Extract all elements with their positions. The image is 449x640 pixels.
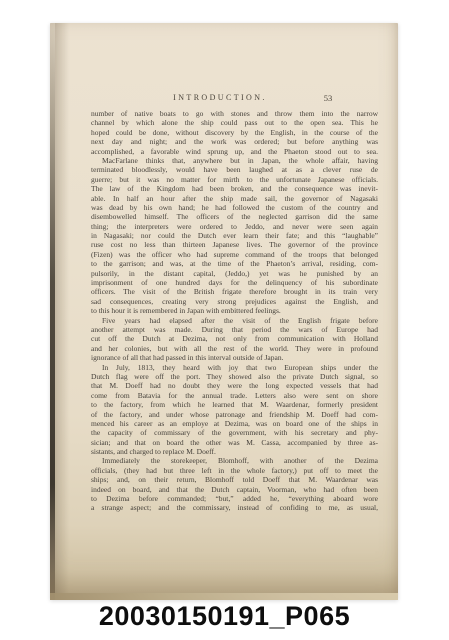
artifact-id-label: 20030150191_P065 — [0, 601, 449, 632]
text-line: to Dezima before commanded; “but,” added… — [91, 494, 378, 503]
text-line: a strange aspect; and the commissary, in… — [91, 503, 378, 512]
text-line: (Fizen) was the officer who had supreme … — [91, 250, 378, 259]
text-line: the capacity of commissary of the govern… — [91, 428, 378, 437]
text-line: In July, 1813, they heard with joy that … — [91, 363, 378, 372]
text-line: of the factory, and under whose patronag… — [91, 410, 378, 419]
text-line: Immediately the storekeeper, Blomhoff, w… — [91, 456, 378, 465]
book-gutter-fade — [55, 23, 69, 600]
text-line: to this hour it is remembered in Japan w… — [91, 306, 378, 315]
text-line: able. In half an hour after the ship mad… — [91, 194, 378, 203]
text-line: and her colonies, but with all the rest … — [91, 344, 378, 353]
text-line: in Nagasaki; nor could the Dutch ever le… — [91, 231, 378, 240]
page-number: 53 — [318, 93, 338, 103]
book-bottom-edge — [50, 593, 398, 600]
text-line: ships; and, on their return, Blomhoff to… — [91, 475, 378, 484]
text-line: thing; the interpreters were ordered to … — [91, 222, 378, 231]
text-line: ignorance of all that had passed in this… — [91, 353, 378, 362]
text-line: to the garrison; and was, at the time of… — [91, 259, 378, 268]
text-line: Dutch flag were off the port. They showe… — [91, 372, 378, 381]
text-line: next day and night; and the work was ord… — [91, 137, 378, 146]
text-line: cut off the Dutch at Dezima, not only fr… — [91, 334, 378, 343]
text-line: channel by which alone the ship could pa… — [91, 118, 378, 127]
text-line: sician; and that on board the other was … — [91, 438, 378, 447]
text-line: disembowelled himself. The officers of t… — [91, 212, 378, 221]
text-line: officials, (they had but three left in t… — [91, 466, 378, 475]
book-page-photo: INTRODUCTION. 53 number of native boats … — [50, 23, 398, 600]
text-line: Five years had elapsed after the visit o… — [91, 316, 378, 325]
text-line: come from Batavia for the annual trade. … — [91, 391, 378, 400]
text-line: sad consequences, creating very strong p… — [91, 297, 378, 306]
text-line: MacFarlane thinks that, anywhere but in … — [91, 156, 378, 165]
text-line: indeed on board, and that the Dutch capt… — [91, 485, 378, 494]
text-line: guerre; but it was no matter for mirth t… — [91, 175, 378, 184]
text-line: menced his career as an employe at Dezim… — [91, 419, 378, 428]
running-header: INTRODUCTION. 53 — [50, 93, 398, 107]
text-line: was dead by his own hand; he had followe… — [91, 203, 378, 212]
text-line: number of native boats to go with stones… — [91, 109, 378, 118]
text-line: another attempt was made. During that pe… — [91, 325, 378, 334]
text-line: ruse cost no less than thirteen Japanese… — [91, 240, 378, 249]
chapter-title: INTRODUCTION. — [158, 93, 282, 102]
text-line: imprisonment of one hundred days for the… — [91, 278, 378, 287]
text-line: officers. The visit of the British friga… — [91, 287, 378, 296]
text-line: pulsorily, in the distant capital, (Jedd… — [91, 269, 378, 278]
page-text: number of native boats to go with stones… — [91, 109, 378, 513]
text-line: to the factory, from which he learned th… — [91, 400, 378, 409]
text-line: The law of the Kingdom had been broken, … — [91, 184, 378, 193]
text-line: sistants, and charged to replace M. Doef… — [91, 447, 378, 456]
text-line: that M. Doeff had no doubt they were the… — [91, 381, 378, 390]
text-line: hoped could be done, without discovery b… — [91, 128, 378, 137]
text-line: terminated bloodlessly, would have been … — [91, 165, 378, 174]
text-line: accomplished, a favorable wind sprung up… — [91, 147, 378, 156]
